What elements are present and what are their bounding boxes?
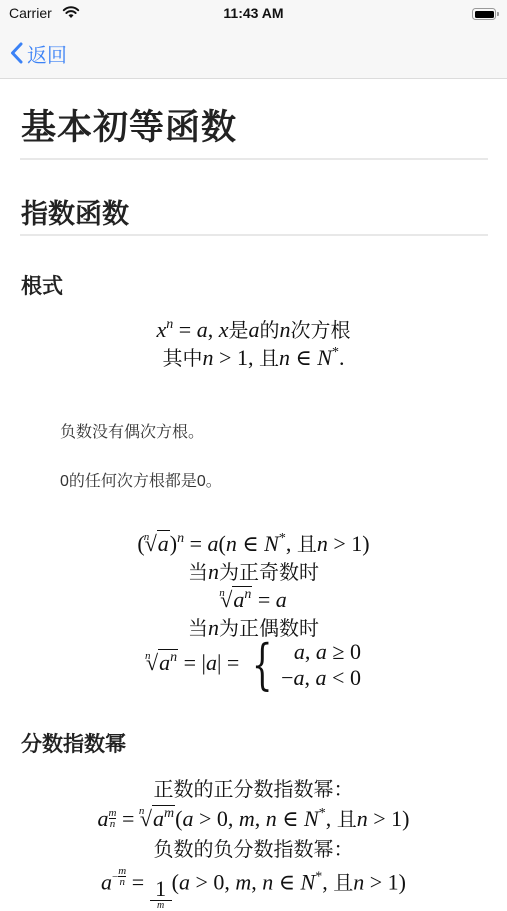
section-title: 指数函数 — [21, 192, 129, 231]
divider — [20, 158, 488, 160]
navigation-bar: 返回 — [0, 28, 507, 79]
divider — [20, 234, 488, 236]
status-bar: Carrier 11:43 AM — [0, 0, 507, 28]
formula-fractional-exponents: 正数的正分数指数幂： amn = n√am(a > 0, m, n ∈ N*, … — [0, 774, 507, 900]
paragraph-zero-root: 0的任何次方根都是0。 — [60, 468, 222, 491]
page-title: 基本初等函数 — [21, 100, 237, 150]
paragraph-negative-even-root: 负数没有偶次方根。 — [60, 419, 204, 442]
formula-nth-root-definition: xn = a, x是a的n次方根 其中n > 1, 且n ∈ N*. — [0, 316, 507, 372]
clock-time: 11:43 AM — [0, 5, 507, 21]
chevron-left-icon — [10, 42, 23, 64]
formula-root-properties: (n√a)n = a(n ∈ N*, 且n > 1) 当n为正奇数时 n√an … — [0, 530, 507, 692]
back-button[interactable]: 返回 — [10, 38, 67, 68]
battery-full-icon — [472, 8, 496, 20]
back-label: 返回 — [27, 39, 67, 68]
subsection-title-radical: 根式 — [21, 270, 63, 300]
subsection-title-fractional-exponent: 分数指数幂 — [21, 728, 126, 758]
